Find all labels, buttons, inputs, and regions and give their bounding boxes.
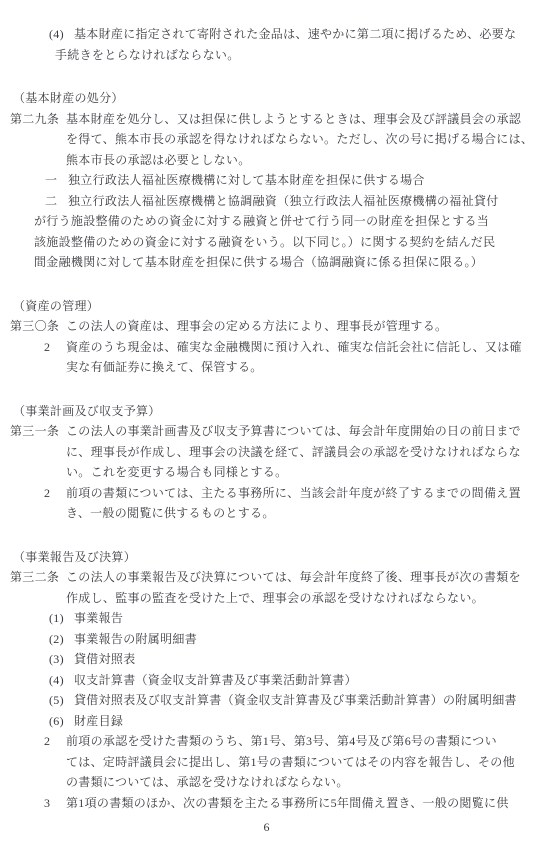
document-line: き、一般の閲覧に供するものとする。	[0, 503, 533, 524]
document-line: を得て、熊本市長の承認を得なければならない。ただし、次の号に掲げる場合には、	[0, 129, 533, 150]
line-text: 手続きをとらなければならない。	[55, 45, 240, 66]
document-line: 作成し、監事の監査を受けた上で、理事会の承認を受けなければならない。	[0, 588, 533, 609]
item-label: (4)	[49, 670, 64, 691]
section-heading: （事業報告及び決算）	[0, 547, 533, 568]
line-text: 収支計算書（資金収支計算書及び事業活動計算書）	[74, 670, 357, 691]
document-line: に、理事長が作成し、理事会の決議を経て、評議員会の承認を受けなければならな	[0, 442, 533, 463]
item-label: 第三〇条	[10, 316, 59, 337]
line-text: 基本財産に指定されて寄附された金品は、速やかに第二項に掲げるため、必要な	[74, 24, 516, 45]
line-text: 独立行政法人福祉医療機構に対して基本財産を担保に供する場合	[68, 170, 425, 191]
line-text: 熊本市長の承認は必要としない。	[66, 150, 251, 171]
document-line: 第三一条この法人の事業計画書及び収支予算書については、毎会計年度開始の日の前日ま…	[0, 421, 533, 442]
line-text: （事業計画及び収支予算）	[13, 401, 161, 422]
document-line: 2前項の承認を受けた書類のうち、第1号、第3号、第4号及び第6号の書類につい	[0, 731, 533, 752]
line-text: き、一般の閲覧に供するものとする。	[66, 503, 275, 524]
section-heading: （基本財産の処分）	[0, 88, 533, 109]
line-text: 第1項の書類のほか、次の書類を主たる事務所に5年間備え置き、一般の閲覧に供	[66, 793, 509, 814]
item-label: (2)	[49, 629, 64, 650]
page-number: 6	[0, 817, 533, 837]
item-label: 3	[44, 793, 50, 814]
line-text: （基本財産の処分）	[13, 88, 124, 109]
line-text: 独立行政法人福祉医療機構と協調融資（独立行政法人福祉医療機構の福祉貸付	[68, 191, 499, 212]
item-label: 2	[44, 337, 50, 358]
document-line: 第三〇条この法人の資産は、理事会の定める方法により、理事長が管理する。	[0, 316, 533, 337]
document-line: が行う施設整備のための資金に対する融資と併せて行う同一の財産を担保とする当	[0, 211, 533, 232]
item-label: (5)	[49, 690, 64, 711]
line-text: 該施設整備のための資金に対する融資をいう。以下同じ。）に関する契約を結んだ民	[34, 232, 495, 253]
line-text: （資産の管理）	[13, 296, 99, 317]
line-text: の書類については、承認を受けなければならない。	[66, 772, 349, 793]
document-line: (2)事業報告の附属明細書	[0, 629, 533, 650]
document-line: ては、定時評議員会に提出し、第1号の書類についてはその内容を報告し、その他	[0, 752, 533, 773]
document-line: の書類については、承認を受けなければならない。	[0, 772, 533, 793]
section-heading: （事業計画及び収支予算）	[0, 401, 533, 422]
line-text: ては、定時評議員会に提出し、第1号の書類についてはその内容を報告し、その他	[66, 752, 515, 773]
item-label: 二	[45, 191, 57, 212]
line-text: い。これを変更する場合も同様とする。	[66, 462, 287, 483]
document-line: 実な有価証券に換えて、保管する。	[0, 357, 533, 378]
document-line: (3)貸借対照表	[0, 649, 533, 670]
line-text: 前項の書類については、主たる事務所に、当該会計年度が終了するまでの間備え置	[66, 483, 521, 504]
document-page: (4)基本財産に指定されて寄附された金品は、速やかに第二項に掲げるため、必要な手…	[0, 0, 533, 853]
line-text: 基本財産を処分し、又は担保に供しようとするときは、理事会及び評議員会の承認	[66, 109, 521, 130]
document-line: (6)財産目録	[0, 711, 533, 732]
item-label: (1)	[49, 608, 64, 629]
item-label: (4)	[49, 24, 64, 45]
line-text: 資産のうち現金は、確実な金融機関に預け入れ、確実な信託会社に信託し、又は確	[66, 337, 522, 358]
document-line: (1)事業報告	[0, 608, 533, 629]
line-text: この法人の資産は、理事会の定める方法により、理事長が管理する。	[66, 316, 447, 337]
line-text: この法人の事業報告及び決算については、毎会計年度終了後、理事長が次の書類を	[66, 567, 521, 588]
item-label: 第三二条	[10, 567, 59, 588]
line-text: 前項の承認を受けた書類のうち、第1号、第3号、第4号及び第6号の書類につい	[66, 731, 497, 752]
document-line: 3第1項の書類のほか、次の書類を主たる事務所に5年間備え置き、一般の閲覧に供	[0, 793, 533, 814]
line-text: 事業報告	[74, 608, 123, 629]
line-text: 実な有価証券に換えて、保管する。	[66, 357, 263, 378]
document-line: 手続きをとらなければならない。	[0, 45, 533, 66]
item-label: 2	[44, 731, 50, 752]
document-body: (4)基本財産に指定されて寄附された金品は、速やかに第二項に掲げるため、必要な手…	[0, 24, 533, 813]
document-line: 一独立行政法人福祉医療機構に対して基本財産を担保に供する場合	[0, 170, 533, 191]
document-line: 該施設整備のための資金に対する融資をいう。以下同じ。）に関する契約を結んだ民	[0, 232, 533, 253]
document-line: い。これを変更する場合も同様とする。	[0, 462, 533, 483]
item-label: 第二九条	[10, 109, 59, 130]
document-line: 第二九条基本財産を処分し、又は担保に供しようとするときは、理事会及び評議員会の承…	[0, 109, 533, 130]
line-text: 貸借対照表及び収支計算書（資金収支計算書及び事業活動計算書）の附属明細書	[74, 690, 517, 711]
document-line: (4)基本財産に指定されて寄附された金品は、速やかに第二項に掲げるため、必要な	[0, 24, 533, 45]
line-text: 事業報告の附属明細書	[74, 629, 197, 650]
line-text: この法人の事業計画書及び収支予算書については、毎会計年度開始の日の前日まで	[66, 421, 521, 442]
item-label: 一	[45, 170, 57, 191]
line-text: に、理事長が作成し、理事会の決議を経て、評議員会の承認を受けなければならな	[66, 442, 521, 463]
line-text: を得て、熊本市長の承認を得なければならない。ただし、次の号に掲げる場合には、	[66, 129, 533, 150]
document-line: 第三二条この法人の事業報告及び決算については、毎会計年度終了後、理事長が次の書類…	[0, 567, 533, 588]
line-text: 作成し、監事の監査を受けた上で、理事会の承認を受けなければならない。	[66, 588, 484, 609]
document-line: 熊本市長の承認は必要としない。	[0, 150, 533, 171]
item-label: (3)	[49, 649, 64, 670]
item-label: (6)	[49, 711, 64, 732]
section-heading: （資産の管理）	[0, 296, 533, 317]
document-line: (5)貸借対照表及び収支計算書（資金収支計算書及び事業活動計算書）の附属明細書	[0, 690, 533, 711]
document-line: 間金融機関に対して基本財産を担保に供する場合（協調融資に係る担保に限る。）	[0, 252, 533, 273]
item-label: 2	[44, 483, 50, 504]
document-line: 二独立行政法人福祉医療機構と協調融資（独立行政法人福祉医療機構の福祉貸付	[0, 191, 533, 212]
line-text: 間金融機関に対して基本財産を担保に供する場合（協調融資に係る担保に限る。）	[34, 252, 483, 273]
line-text: （事業報告及び決算）	[13, 547, 136, 568]
line-text: が行う施設整備のための資金に対する融資と併せて行う同一の財産を担保とする当	[34, 211, 489, 232]
document-line: 2前項の書類については、主たる事務所に、当該会計年度が終了するまでの間備え置	[0, 483, 533, 504]
document-line: (4)収支計算書（資金収支計算書及び事業活動計算書）	[0, 670, 533, 691]
line-text: 貸借対照表	[74, 649, 136, 670]
line-text: 財産目録	[74, 711, 123, 732]
item-label: 第三一条	[10, 421, 59, 442]
document-line: 2資産のうち現金は、確実な金融機関に預け入れ、確実な信託会社に信託し、又は確	[0, 337, 533, 358]
